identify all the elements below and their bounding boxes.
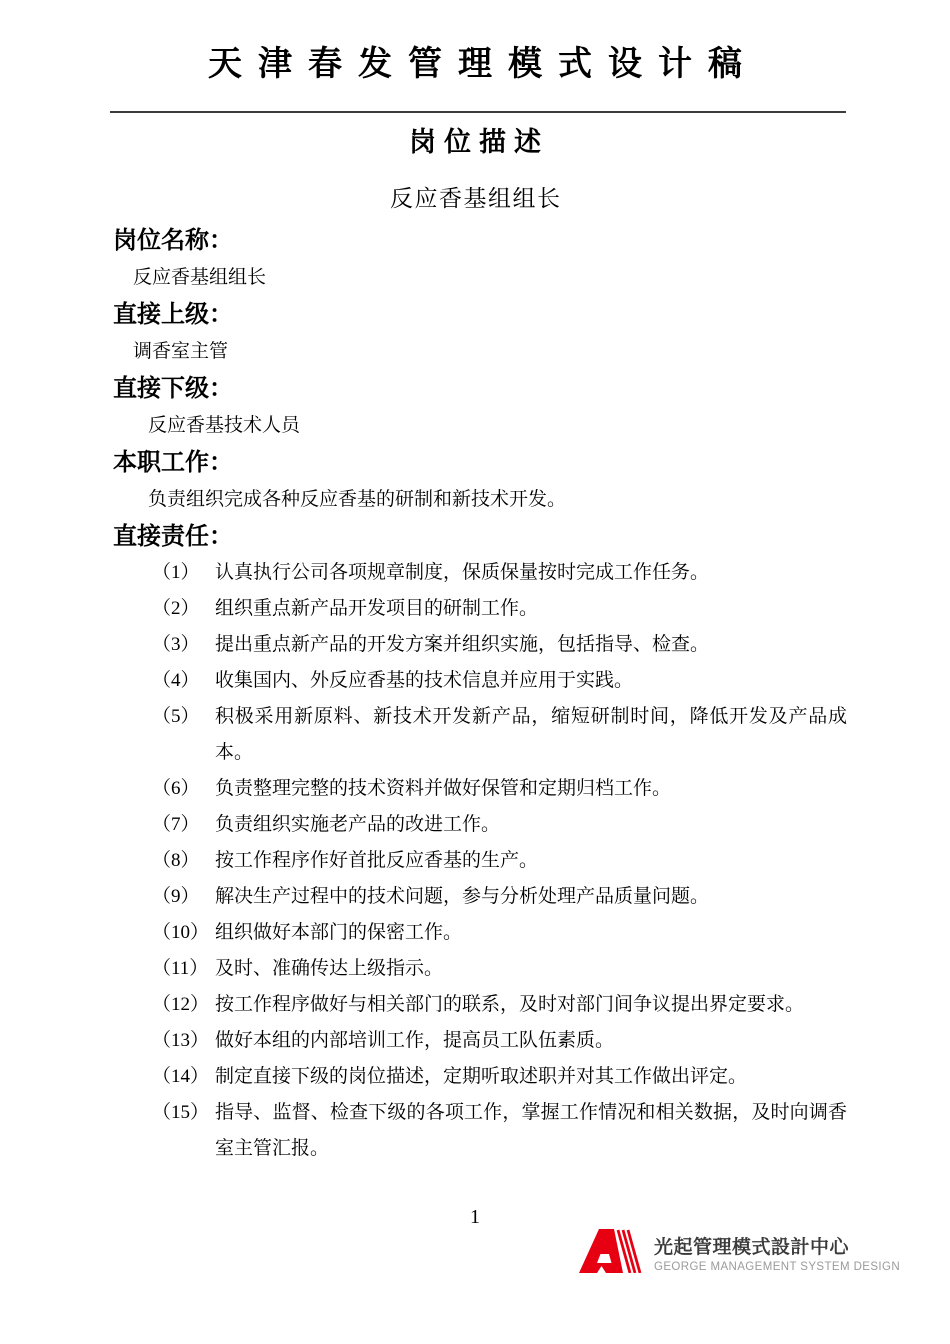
- heading-direct-duties: 直接责任：: [113, 518, 950, 555]
- document-title: 天津春发管理模式设计稿: [0, 44, 950, 84]
- document-section-title: 岗位描述: [0, 126, 950, 158]
- list-item-text: 提出重点新产品的开发方案并组织实施，包括指导、检查。: [215, 627, 847, 663]
- list-item: （12）按工作程序做好与相关部门的联系，及时对部门间争议提出界定要求。: [152, 987, 950, 1023]
- list-item: （1）认真执行公司各项规章制度，保质保量按时完成工作任务。: [152, 555, 950, 591]
- list-item-number: （13）: [152, 1023, 215, 1059]
- list-item: （9）解决生产过程中的技术问题，参与分析处理产品质量问题。: [152, 879, 950, 915]
- value-direct-subordinate: 反应香基技术人员: [148, 407, 950, 444]
- list-item: （11）及时、准确传达上级指示。: [152, 951, 950, 987]
- list-item-text: 负责组织实施老产品的改进工作。: [215, 807, 847, 843]
- list-item-text: 指导、监督、检查下级的各项工作，掌握工作情况和相关数据，及时向调香室主管汇报。: [215, 1095, 847, 1167]
- list-item-number: （9）: [152, 879, 215, 915]
- heading-direct-subordinate: 直接下级：: [113, 370, 950, 407]
- list-item-number: （6）: [152, 771, 215, 807]
- list-item: （3）提出重点新产品的开发方案并组织实施，包括指导、检查。: [152, 627, 950, 663]
- list-item: （7）负责组织实施老产品的改进工作。: [152, 807, 950, 843]
- heading-direct-superior: 直接上级：: [113, 296, 950, 333]
- list-item-text: 制定直接下级的岗位描述，定期听取述职并对其工作做出评定。: [215, 1059, 847, 1095]
- list-item-number: （2）: [152, 591, 215, 627]
- list-item-number: （5）: [152, 699, 215, 771]
- list-item-number: （4）: [152, 663, 215, 699]
- list-item: （13）做好本组的内部培训工作，提高员工队伍素质。: [152, 1023, 950, 1059]
- duties-list: （1）认真执行公司各项规章制度，保质保量按时完成工作任务。（2）组织重点新产品开…: [0, 555, 950, 1167]
- value-direct-superior: 调香室主管: [133, 333, 950, 370]
- list-item-text: 及时、准确传达上级指示。: [215, 951, 847, 987]
- logo-company-name-cn: 光起管理模式設計中心: [654, 1236, 900, 1259]
- heading-main-job: 本职工作：: [113, 444, 950, 481]
- list-item-text: 积极采用新原料、新技术开发新产品，缩短研制时间，降低开发及产品成本。: [215, 699, 847, 771]
- value-position-name: 反应香基组组长: [133, 259, 950, 296]
- list-item-text: 组织重点新产品开发项目的研制工作。: [215, 591, 847, 627]
- list-item-number: （8）: [152, 843, 215, 879]
- list-item-text: 做好本组的内部培训工作，提高员工队伍素质。: [215, 1023, 847, 1059]
- list-item-number: （3）: [152, 627, 215, 663]
- company-logo: 光起管理模式設計中心 GEORGE MANAGEMENT SYSTEM DESI…: [578, 1229, 900, 1274]
- list-item: （4）收集国内、外反应香基的技术信息并应用于实践。: [152, 663, 950, 699]
- list-item-number: （15）: [152, 1095, 215, 1167]
- list-item-number: （12）: [152, 987, 215, 1023]
- logo-text: 光起管理模式設計中心 GEORGE MANAGEMENT SYSTEM DESI…: [654, 1236, 900, 1274]
- list-item-text: 按工作程序作好首批反应香基的生产。: [215, 843, 847, 879]
- list-item-number: （7）: [152, 807, 215, 843]
- title-divider: [110, 111, 846, 113]
- value-main-job: 负责组织完成各种反应香基的研制和新技术开发。: [148, 481, 950, 518]
- list-item: （10）组织做好本部门的保密工作。: [152, 915, 950, 951]
- list-item: （8）按工作程序作好首批反应香基的生产。: [152, 843, 950, 879]
- list-item-text: 收集国内、外反应香基的技术信息并应用于实践。: [215, 663, 847, 699]
- list-item-text: 组织做好本部门的保密工作。: [215, 915, 847, 951]
- list-item: （14）制定直接下级的岗位描述，定期听取述职并对其工作做出评定。: [152, 1059, 950, 1095]
- list-item-text: 按工作程序做好与相关部门的联系，及时对部门间争议提出界定要求。: [215, 987, 847, 1023]
- logo-company-name-en: GEORGE MANAGEMENT SYSTEM DESIGN: [654, 1260, 900, 1274]
- list-item-text: 负责整理完整的技术资料并做好保管和定期归档工作。: [215, 771, 847, 807]
- list-item-number: （1）: [152, 555, 215, 591]
- list-item-text: 认真执行公司各项规章制度，保质保量按时完成工作任务。: [215, 555, 847, 591]
- list-item-number: （11）: [152, 951, 215, 987]
- logo-letter-a-icon: [578, 1229, 644, 1273]
- list-item: （5）积极采用新原料、新技术开发新产品，缩短研制时间，降低开发及产品成本。: [152, 699, 950, 771]
- list-item: （15）指导、监督、检查下级的各项工作，掌握工作情况和相关数据，及时向调香室主管…: [152, 1095, 950, 1167]
- heading-position-name: 岗位名称：: [113, 222, 950, 259]
- list-item-number: （10）: [152, 915, 215, 951]
- sections: 岗位名称： 反应香基组组长 直接上级： 调香室主管 直接下级： 反应香基技术人员…: [0, 222, 950, 1167]
- list-item-text: 解决生产过程中的技术问题，参与分析处理产品质量问题。: [215, 879, 847, 915]
- document-page: 天津春发管理模式设计稿 岗位描述 反应香基组组长 岗位名称： 反应香基组组长 直…: [0, 0, 950, 1344]
- list-item: （6）负责整理完整的技术资料并做好保管和定期归档工作。: [152, 771, 950, 807]
- list-item: （2）组织重点新产品开发项目的研制工作。: [152, 591, 950, 627]
- page-number: 1: [0, 1205, 950, 1229]
- list-item-number: （14）: [152, 1059, 215, 1095]
- position-title: 反应香基组组长: [0, 184, 950, 212]
